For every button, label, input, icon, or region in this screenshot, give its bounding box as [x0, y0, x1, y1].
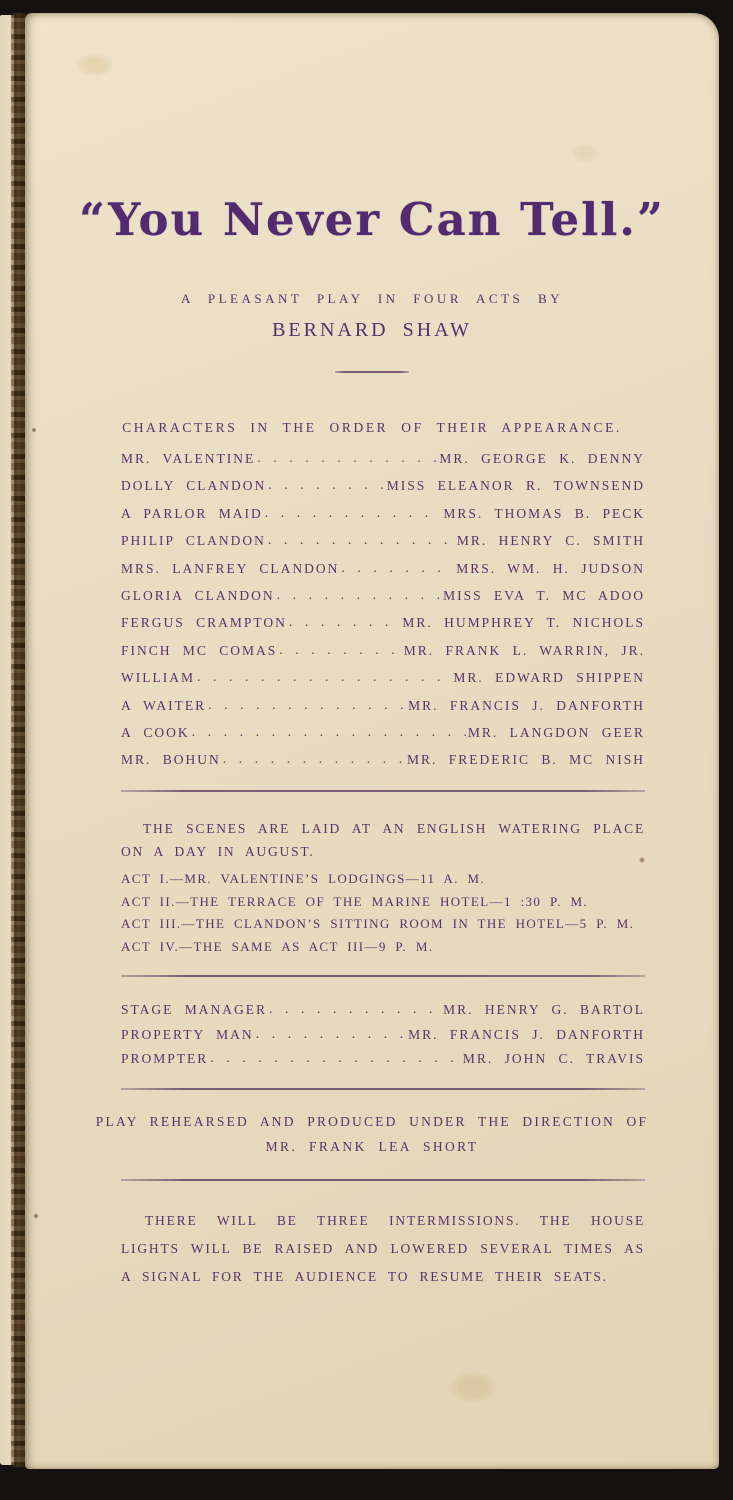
crew-role: PROPERTY MAN	[121, 1027, 254, 1043]
dot-leader	[289, 614, 400, 631]
divider-after-crew	[121, 1088, 645, 1090]
cast-row: PHILIP CLANDON MR. HENRY C. SMITH	[121, 533, 645, 560]
acts-list: ACT I.—MR. VALENTINE’S LODGINGS—11 A. M.…	[121, 868, 645, 958]
play-subtitle: A PLEASANT PLAY IN FOUR ACTS BY	[25, 291, 719, 307]
cast-heading: CHARACTERS IN THE ORDER OF THEIR APPEARA…	[25, 420, 719, 436]
dot-leader	[341, 560, 454, 577]
cast-row: MRS. LANFREY CLANDON MRS. WM. H. JUDSON	[121, 561, 645, 588]
photo-background: “You Never Can Tell.” A PLEASANT PLAY IN…	[0, 0, 733, 1500]
character-name: FINCH MC COMAS	[121, 643, 277, 659]
cast-row: A WAITER MR. FRANCIS J. DANFORTH	[121, 698, 645, 725]
character-name: WILLIAM	[121, 670, 195, 686]
crew-row: STAGE MANAGER MR. HENRY G. BARTOL	[121, 1002, 645, 1027]
crew-list: STAGE MANAGER MR. HENRY G. BARTOL PROPER…	[121, 1002, 645, 1076]
actor-name: MRS. WM. H. JUDSON	[456, 561, 645, 577]
dot-leader	[256, 1026, 407, 1043]
character-name: FERGUS CRAMPTON	[121, 615, 287, 631]
actor-name: MRS. THOMAS B. PECK	[443, 506, 645, 522]
actor-name: MR. EDWARD SHIPPEN	[453, 670, 645, 686]
character-name: PHILIP CLANDON	[121, 533, 266, 549]
act-line: ACT III.—THE CLANDON’S SITTING ROOM IN T…	[121, 913, 645, 936]
dot-leader	[265, 505, 442, 522]
dot-leader	[208, 697, 406, 714]
cast-row: A COOK MR. LANGDON GEER	[121, 725, 645, 752]
character-name: A WAITER	[121, 698, 206, 714]
dot-leader	[268, 532, 455, 549]
play-title: “You Never Can Tell.”	[25, 195, 719, 245]
act-line: ACT I.—MR. VALENTINE’S LODGINGS—11 A. M.	[121, 868, 645, 891]
divider-before-intermission	[121, 1179, 645, 1181]
dot-leader	[269, 1001, 441, 1018]
direction-credit-line2: MR. FRANK LEA SHORT	[25, 1139, 719, 1155]
crew-name: MR. JOHN C. TRAVIS	[463, 1051, 645, 1067]
crew-role: PROMPTER	[121, 1051, 208, 1067]
cast-list: MR. VALENTINE MR. GEORGE K. DENNY DOLLY …	[121, 451, 645, 780]
dot-leader	[223, 751, 405, 768]
crew-name: MR. HENRY G. BARTOL	[443, 1002, 645, 1018]
dot-leader	[257, 450, 437, 467]
character-name: A PARLOR MAID	[121, 506, 263, 522]
cast-row: WILLIAM MR. EDWARD SHIPPEN	[121, 670, 645, 697]
divider-before-crew	[121, 975, 645, 977]
cast-row: FINCH MC COMAS MR. FRANK L. WARRIN, JR.	[121, 643, 645, 670]
divider-short	[335, 371, 409, 373]
actor-name: MR. HUMPHREY T. NICHOLS	[402, 615, 645, 631]
actor-name: MR. GEORGE K. DENNY	[439, 451, 645, 467]
divider-after-cast	[121, 790, 645, 792]
character-name: MR. VALENTINE	[121, 451, 255, 467]
crew-name: MR. FRANCIS J. DANFORTH	[408, 1027, 645, 1043]
act-line: ACT II.—THE TERRACE OF THE MARINE HOTEL—…	[121, 891, 645, 914]
character-name: A COOK	[121, 725, 190, 741]
actor-name: MR. FRANK L. WARRIN, JR.	[404, 643, 645, 659]
actor-name: MR. FRANCIS J. DANFORTH	[408, 698, 645, 714]
dot-leader	[192, 724, 466, 741]
actor-name: MR. HENRY C. SMITH	[457, 533, 645, 549]
cast-row: FERGUS CRAMPTON MR. HUMPHREY T. NICHOLS	[121, 615, 645, 642]
actor-name: MR. FREDERIC B. MC NISH	[407, 752, 645, 768]
actor-name: MISS ELEANOR R. TOWNSEND	[387, 478, 645, 494]
dot-leader	[277, 587, 441, 604]
scenes-intro: THE SCENES ARE LAID AT AN ENGLISH WATERI…	[121, 817, 645, 863]
dot-leader	[197, 669, 451, 686]
intermission-note: THERE WILL BE THREE INTERMISSIONS. THE H…	[121, 1207, 645, 1291]
dot-leader	[210, 1050, 461, 1067]
character-name: MR. BOHUN	[121, 752, 221, 768]
direction-credit-line1: PLAY REHEARSED AND PRODUCED UNDER THE DI…	[25, 1114, 719, 1130]
crew-role: STAGE MANAGER	[121, 1002, 267, 1018]
crew-row: PROMPTER MR. JOHN C. TRAVIS	[121, 1051, 645, 1076]
program-page: “You Never Can Tell.” A PLEASANT PLAY IN…	[25, 13, 719, 1469]
actor-name: MISS EVA T. MC ADOO	[443, 588, 645, 604]
character-name: DOLLY CLANDON	[121, 478, 266, 494]
author-name: BERNARD SHAW	[25, 319, 719, 342]
crew-row: PROPERTY MAN MR. FRANCIS J. DANFORTH	[121, 1027, 645, 1052]
actor-name: MR. LANGDON GEER	[468, 725, 645, 741]
cast-row: DOLLY CLANDON MISS ELEANOR R. TOWNSEND	[121, 478, 645, 505]
character-name: GLORIA CLANDON	[121, 588, 275, 604]
dot-leader	[268, 477, 384, 494]
cast-row: MR. VALENTINE MR. GEORGE K. DENNY	[121, 451, 645, 478]
cast-row: MR. BOHUN MR. FREDERIC B. MC NISH	[121, 752, 645, 779]
character-name: MRS. LANFREY CLANDON	[121, 561, 339, 577]
dot-leader	[279, 642, 401, 659]
act-line: ACT IV.—THE SAME AS ACT III—9 P. M.	[121, 936, 645, 959]
cast-row: GLORIA CLANDON MISS EVA T. MC ADOO	[121, 588, 645, 615]
cast-row: A PARLOR MAID MRS. THOMAS B. PECK	[121, 506, 645, 533]
